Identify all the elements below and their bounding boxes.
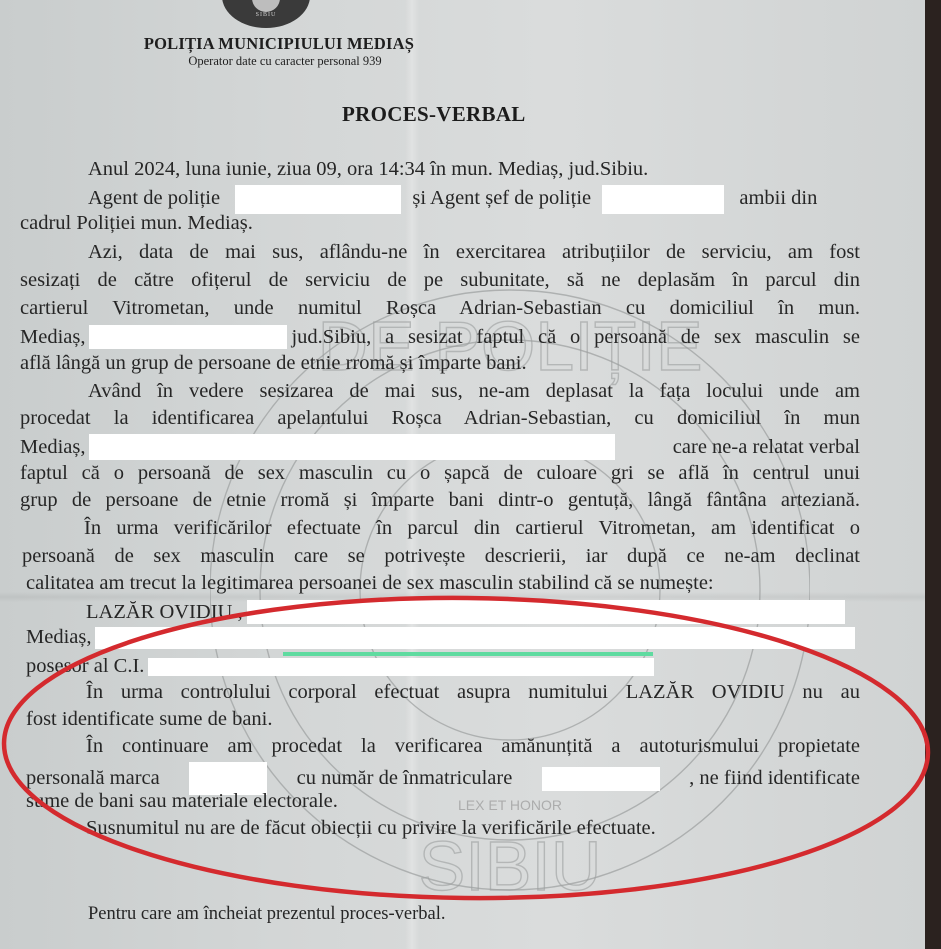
text-fragment: personală marca [26, 767, 160, 790]
text-line: Mediaș, jud.Sibiu, a sesizat faptul că o… [20, 325, 860, 349]
text-fragment: posesor al C.I. [26, 655, 144, 678]
text-line: Mediaș, care ne-a relatat verbal [20, 434, 860, 460]
text-line: persoană de sex masculin care se potrive… [22, 545, 860, 568]
redacted-address [89, 325, 287, 349]
text-fragment: cu număr de înmatriculare [297, 767, 513, 790]
text-fragment: și Agent șef de poliție [412, 187, 591, 209]
text-fragment: Mediaș, [20, 326, 85, 349]
text-fragment: , ne fiind identificate [689, 767, 860, 790]
background-edge [925, 0, 941, 949]
closing-line: Pentru care am încheiat prezentul proces… [88, 904, 446, 925]
text-fragment: Agent de poliție [88, 187, 220, 209]
document-page: DE POLIȚIE SIBIU LEX ET HONOR SIBIU POLI… [0, 0, 925, 949]
text-line: sesizați de către ofițerul de serviciu d… [20, 269, 860, 292]
text-line: În continuare am procedat la verificarea… [86, 735, 860, 758]
text-line: În urma controlului corporal efectuat as… [86, 681, 860, 704]
text-line: Anul 2024, luna iunie, ziua 09, ora 14:3… [88, 158, 648, 181]
text-line: Agent de poliție și Agent șef de poliție… [88, 185, 817, 214]
text-line: posesor al C.I. [26, 655, 654, 678]
emblem-shield-icon [252, 0, 280, 12]
text-fragment: Mediaș, [26, 626, 91, 649]
text-line: calitatea am trecut la legitimarea perso… [26, 572, 714, 595]
redacted-id-card [148, 658, 654, 676]
text-line: procedat la identificarea apelantului Ro… [20, 407, 860, 430]
text-fragment: Mediaș, [20, 436, 85, 459]
text-line: LAZĂR OVIDIU , [86, 600, 845, 624]
text-fragment: care ne-a relatat verbal [620, 436, 860, 459]
redacted-personal-data [95, 627, 855, 649]
document-title: PROCES-VERBAL [342, 102, 526, 127]
text-line: grup de persoane de etnie rromă și împar… [20, 489, 860, 512]
institution-name: POLIȚIA MUNICIPIULUI MEDIAȘ [122, 34, 436, 54]
text-line: fost identificate sume de bani. [26, 708, 273, 731]
redacted-address [89, 434, 615, 460]
text-line: În urma verificărilor efectuate în parcu… [84, 517, 860, 540]
text-line: află lângă un grup de persoane de etnie … [20, 352, 527, 375]
redacted-field [602, 185, 724, 214]
svg-text:LEX ET HONOR: LEX ET HONOR [458, 797, 562, 813]
redacted-field [235, 185, 401, 214]
data-operator-line: Operator date cu caracter personal 939 [134, 54, 436, 69]
text-line: Susnumitul nu are de făcut obiecții cu p… [86, 817, 656, 840]
text-line: Având în vedere sesizarea de mai sus, ne… [88, 380, 860, 403]
text-fragment: jud.Sibiu, a sesizat faptul că o persoan… [291, 326, 860, 349]
text-line: Mediaș, [26, 626, 855, 649]
person-name: LAZĂR OVIDIU , [86, 601, 243, 624]
text-line: sume de bani sau materiale electorale. [26, 790, 338, 813]
text-fragment: ambii din [739, 187, 817, 209]
document-header: POLIȚIA MUNICIPIULUI MEDIAȘ Operator dat… [136, 34, 436, 69]
text-line: cadrul Poliției mun. Mediaș. [20, 212, 253, 235]
text-line: faptul că o persoană de sex masculin cu … [20, 462, 860, 485]
emblem-text: SIBIU [222, 12, 310, 18]
text-line: Azi, data de mai sus, aflându-ne în exer… [88, 241, 860, 264]
redacted-personal-data [247, 600, 845, 624]
redacted-plate-number [542, 767, 660, 791]
text-line: cartierul Vitrometan, unde numitul Roșca… [20, 297, 860, 320]
police-emblem-logo: SIBIU [222, 0, 310, 28]
